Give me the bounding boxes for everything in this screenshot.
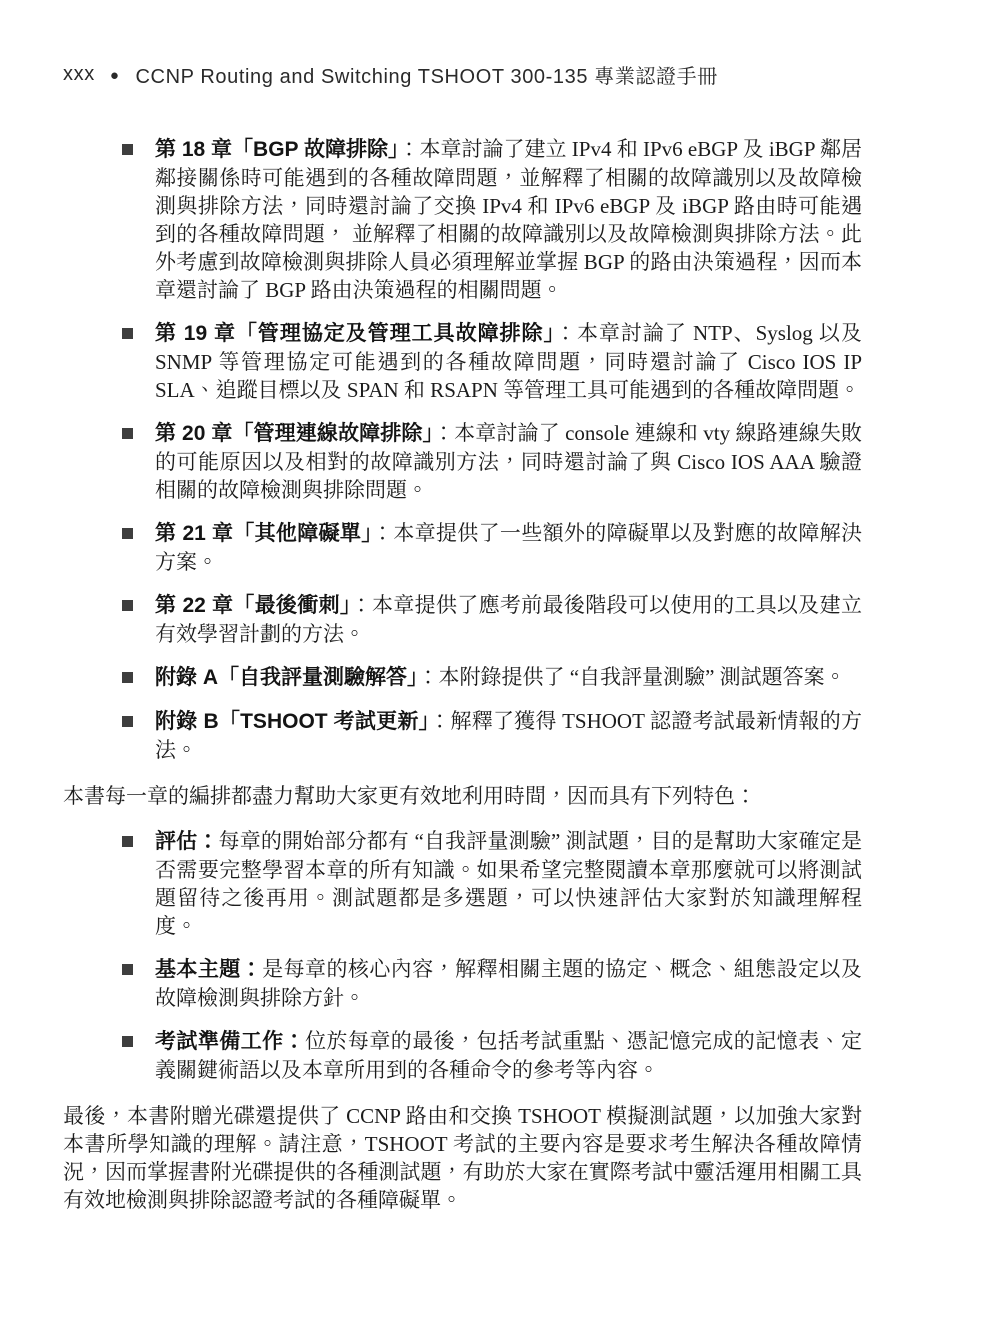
chapter-item-text: 第 19 章「管理協定及管理工具故障排除」：本章討論了 NTP、Syslog 以… bbox=[155, 319, 862, 404]
chapter-item-body: ：本附錄提供了 “自我評量測驗” 測試題答案。 bbox=[418, 665, 846, 689]
square-bullet-icon bbox=[122, 428, 133, 439]
book-page: xxx ● CCNP Routing and Switching TSHOOT … bbox=[0, 0, 1000, 1341]
chapter-list: 第 18 章「BGP 故障排除」：本章討論了建立 IPv4 和 IPv6 eBG… bbox=[63, 135, 862, 764]
chapter-item-text: 第 21 章「其他障礙單」：本章提供了一些額外的障礙單以及對應的故障解決方案。 bbox=[155, 519, 862, 576]
feature-item-text: 評估：每章的開始部分都有 “自我評量測驗” 測試題，目的是幫助大家確定是否需要完… bbox=[155, 827, 862, 940]
chapter-list-item: 第 21 章「其他障礙單」：本章提供了一些額外的障礙單以及對應的故障解決方案。 bbox=[63, 519, 862, 576]
feature-list-item: 基本主題：是每章的核心內容，解釋相關主題的協定、概念、組態設定以及故障檢測與排除… bbox=[63, 955, 862, 1012]
feature-list-item: 評估：每章的開始部分都有 “自我評量測驗” 測試題，目的是幫助大家確定是否需要完… bbox=[63, 827, 862, 940]
chapter-item-title: 附錄 A「自我評量測驗解答」 bbox=[155, 666, 418, 689]
chapter-item-body: ：本章討論了建立 IPv4 和 IPv6 eBGP 及 iBGP 鄰居鄰接關係時… bbox=[155, 137, 862, 302]
chapter-item-title: 第 20 章「管理連線故障排除」 bbox=[155, 422, 433, 445]
features-intro: 本書每一章的編排都盡力幫助大家更有效地利用時間，因而具有下列特色： bbox=[63, 782, 862, 810]
chapter-item-title: 第 19 章「管理協定及管理工具故障排除」 bbox=[155, 322, 555, 345]
feature-item-body: 是每章的核心內容，解釋相關主題的協定、概念、組態設定以及故障檢測與排除方針。 bbox=[155, 957, 862, 1010]
square-bullet-icon bbox=[122, 328, 133, 339]
chapter-item-title: 第 21 章「其他障礙單」 bbox=[155, 522, 372, 545]
chapter-item-title: 附錄 B「TSHOOT 考試更新」 bbox=[155, 710, 429, 733]
chapter-item-title: 第 18 章「BGP 故障排除」 bbox=[155, 138, 399, 161]
chapter-item-title: 第 22 章「最後衝刺」 bbox=[155, 594, 351, 617]
page-header: xxx ● CCNP Routing and Switching TSHOOT … bbox=[63, 60, 862, 89]
feature-item-text: 基本主題：是每章的核心內容，解釋相關主題的協定、概念、組態設定以及故障檢測與排除… bbox=[155, 955, 862, 1012]
square-bullet-icon bbox=[122, 1036, 133, 1047]
square-bullet-icon bbox=[122, 528, 133, 539]
page-number: xxx bbox=[63, 63, 95, 86]
chapter-list-item: 第 19 章「管理協定及管理工具故障排除」：本章討論了 NTP、Syslog 以… bbox=[63, 319, 862, 404]
square-bullet-icon bbox=[122, 836, 133, 847]
chapter-item-text: 第 18 章「BGP 故障排除」：本章討論了建立 IPv4 和 IPv6 eBG… bbox=[155, 135, 862, 304]
square-bullet-icon bbox=[122, 672, 133, 683]
feature-list-item: 考試準備工作：位於每章的最後，包括考試重點、憑記憶完成的記憶表、定義關鍵術語以及… bbox=[63, 1027, 862, 1084]
feature-list: 評估：每章的開始部分都有 “自我評量測驗” 測試題，目的是幫助大家確定是否需要完… bbox=[63, 827, 862, 1084]
square-bullet-icon bbox=[122, 144, 133, 155]
square-bullet-icon bbox=[122, 716, 133, 727]
chapter-list-item: 附錄 A「自我評量測驗解答」：本附錄提供了 “自我評量測驗” 測試題答案。 bbox=[63, 663, 862, 692]
page-content: 第 18 章「BGP 故障排除」：本章討論了建立 IPv4 和 IPv6 eBG… bbox=[63, 135, 862, 1214]
chapter-list-item: 第 18 章「BGP 故障排除」：本章討論了建立 IPv4 和 IPv6 eBG… bbox=[63, 135, 862, 304]
chapter-list-item: 第 20 章「管理連線故障排除」：本章討論了 console 連線和 vty 線… bbox=[63, 419, 862, 504]
header-bullet-icon: ● bbox=[110, 68, 120, 83]
square-bullet-icon bbox=[122, 600, 133, 611]
chapter-item-text: 第 20 章「管理連線故障排除」：本章討論了 console 連線和 vty 線… bbox=[155, 419, 862, 504]
feature-item-title: 基本主題： bbox=[155, 958, 262, 981]
chapter-list-item: 第 22 章「最後衝刺」：本章提供了應考前最後階段可以使用的工具以及建立有效學習… bbox=[63, 591, 862, 648]
feature-item-text: 考試準備工作：位於每章的最後，包括考試重點、憑記憶完成的記憶表、定義關鍵術語以及… bbox=[155, 1027, 862, 1084]
feature-item-title: 考試準備工作： bbox=[155, 1030, 305, 1053]
chapter-item-text: 附錄 A「自我評量測驗解答」：本附錄提供了 “自我評量測驗” 測試題答案。 bbox=[155, 663, 862, 692]
chapter-item-text: 附錄 B「TSHOOT 考試更新」：解釋了獲得 TSHOOT 認證考試最新情報的… bbox=[155, 707, 862, 764]
closing-paragraph: 最後，本書附贈光碟還提供了 CCNP 路由和交換 TSHOOT 模擬測試題，以加… bbox=[63, 1102, 862, 1214]
chapter-item-text: 第 22 章「最後衝刺」：本章提供了應考前最後階段可以使用的工具以及建立有效學習… bbox=[155, 591, 862, 648]
book-title: CCNP Routing and Switching TSHOOT 300-13… bbox=[135, 60, 717, 89]
feature-item-title: 評估： bbox=[155, 830, 219, 853]
feature-item-body: 每章的開始部分都有 “自我評量測驗” 測試題，目的是幫助大家確定是否需要完整學習… bbox=[155, 829, 862, 938]
chapter-list-item: 附錄 B「TSHOOT 考試更新」：解釋了獲得 TSHOOT 認證考試最新情報的… bbox=[63, 707, 862, 764]
square-bullet-icon bbox=[122, 964, 133, 975]
